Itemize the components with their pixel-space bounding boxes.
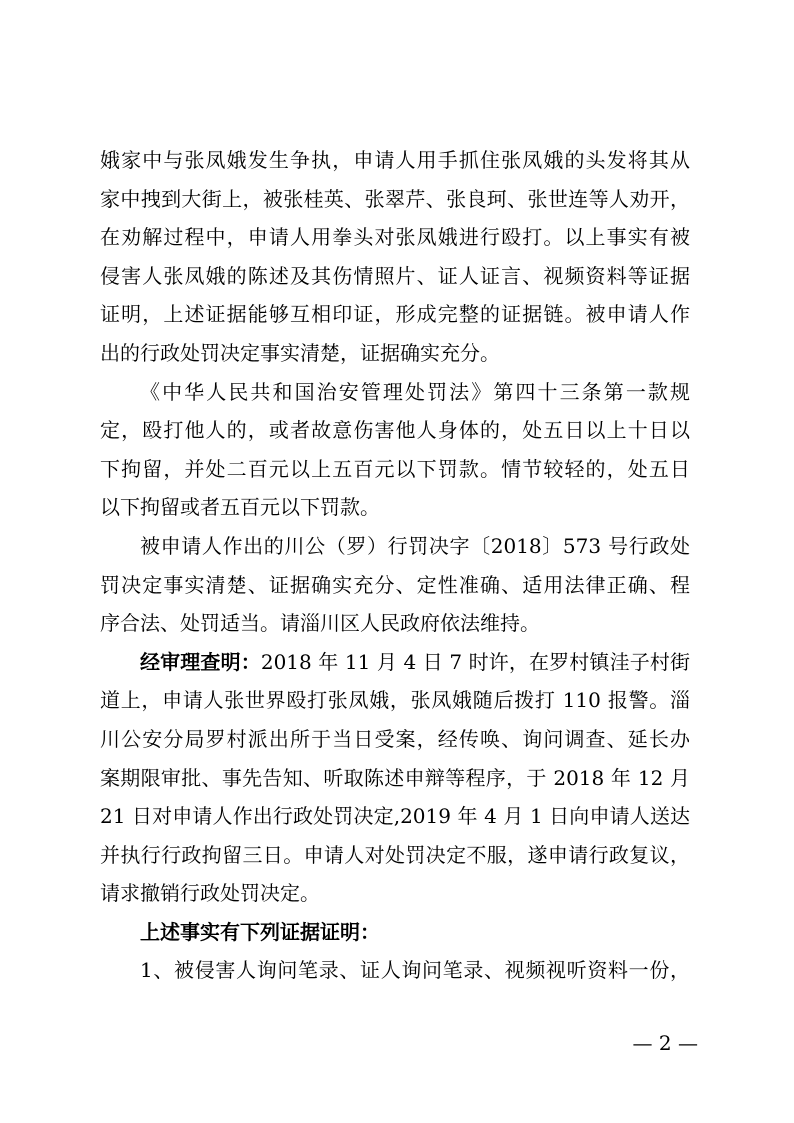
document-line: 以下拘留或者五百元以下罚款。 (100, 488, 690, 527)
document-line: 案期限审批、事先告知、听取陈述申辩等程序，于 2018 年 12 月 (100, 759, 690, 798)
document-page: 娥家中与张凤娥发生争执，申请人用手抓住张凤娥的头发将其从 家中拽到大街上，被张桂… (0, 0, 794, 1123)
document-line: 家中拽到大街上，被张桂英、张翠芹、张良珂、张世连等人劝开， (100, 180, 690, 219)
document-line: 21 日对申请人作出行政处罚决定,2019 年 4 月 1 日向申请人送达 (100, 797, 690, 836)
document-line: 侵害人张凤娥的陈述及其伤情照片、证人证言、视频资料等证据 (100, 257, 690, 296)
document-line: 道上，申请人张世界殴打张凤娥，张凤娥随后拨打 110 报警。淄 (100, 681, 690, 720)
document-line: 并执行行政拘留三日。申请人对处罚决定不服，遂申请行政复议， (100, 836, 690, 875)
section-heading-investigation: 经审理查明： (140, 650, 261, 674)
document-line: 娥家中与张凤娥发生争执，申请人用手抓住张凤娥的头发将其从 (100, 141, 690, 180)
document-line: 出的行政处罚决定事实清楚，证据确实充分。 (100, 334, 690, 373)
document-line: 定，殴打他人的，或者故意伤害他人身体的，处五日以上十日以 (100, 411, 690, 450)
document-line: 1、被侵害人询问笔录、证人询问笔录、视频视听资料一份， (100, 951, 690, 990)
document-line: 序合法、处罚适当。请淄川区人民政府依法维持。 (100, 604, 690, 643)
document-line: 证明，上述证据能够互相印证，形成完整的证据链。被申请人作 (100, 295, 690, 334)
document-line: 罚决定事实清楚、证据确实充分、定性准确、适用法律正确、程 (100, 566, 690, 605)
page-number: — 2 — (633, 1031, 698, 1055)
section-heading-evidence: 上述事实有下列证据证明： (140, 920, 380, 944)
document-line: 经审理查明：2018 年 11 月 4 日 7 时许，在罗村镇洼子村街 (100, 643, 690, 682)
document-line: 请求撤销行政处罚决定。 (100, 874, 690, 913)
document-body: 娥家中与张凤娥发生争执，申请人用手抓住张凤娥的头发将其从 家中拽到大街上，被张桂… (100, 141, 690, 990)
document-line: 《中华人民共和国治安管理处罚法》第四十三条第一款规 (100, 373, 690, 412)
document-line: 川公安分局罗村派出所于当日受案，经传唤、询问调查、延长办 (100, 720, 690, 759)
document-line: 下拘留，并处二百元以上五百元以下罚款。情节较轻的，处五日 (100, 450, 690, 489)
document-line-text: 2018 年 11 月 4 日 7 时许，在罗村镇洼子村街 (261, 650, 690, 674)
document-line: 在劝解过程中，申请人用拳头对张凤娥进行殴打。以上事实有被 (100, 218, 690, 257)
document-line: 上述事实有下列证据证明： (100, 913, 690, 952)
document-line: 被申请人作出的川公（罗）行罚决字〔2018〕573 号行政处 (100, 527, 690, 566)
